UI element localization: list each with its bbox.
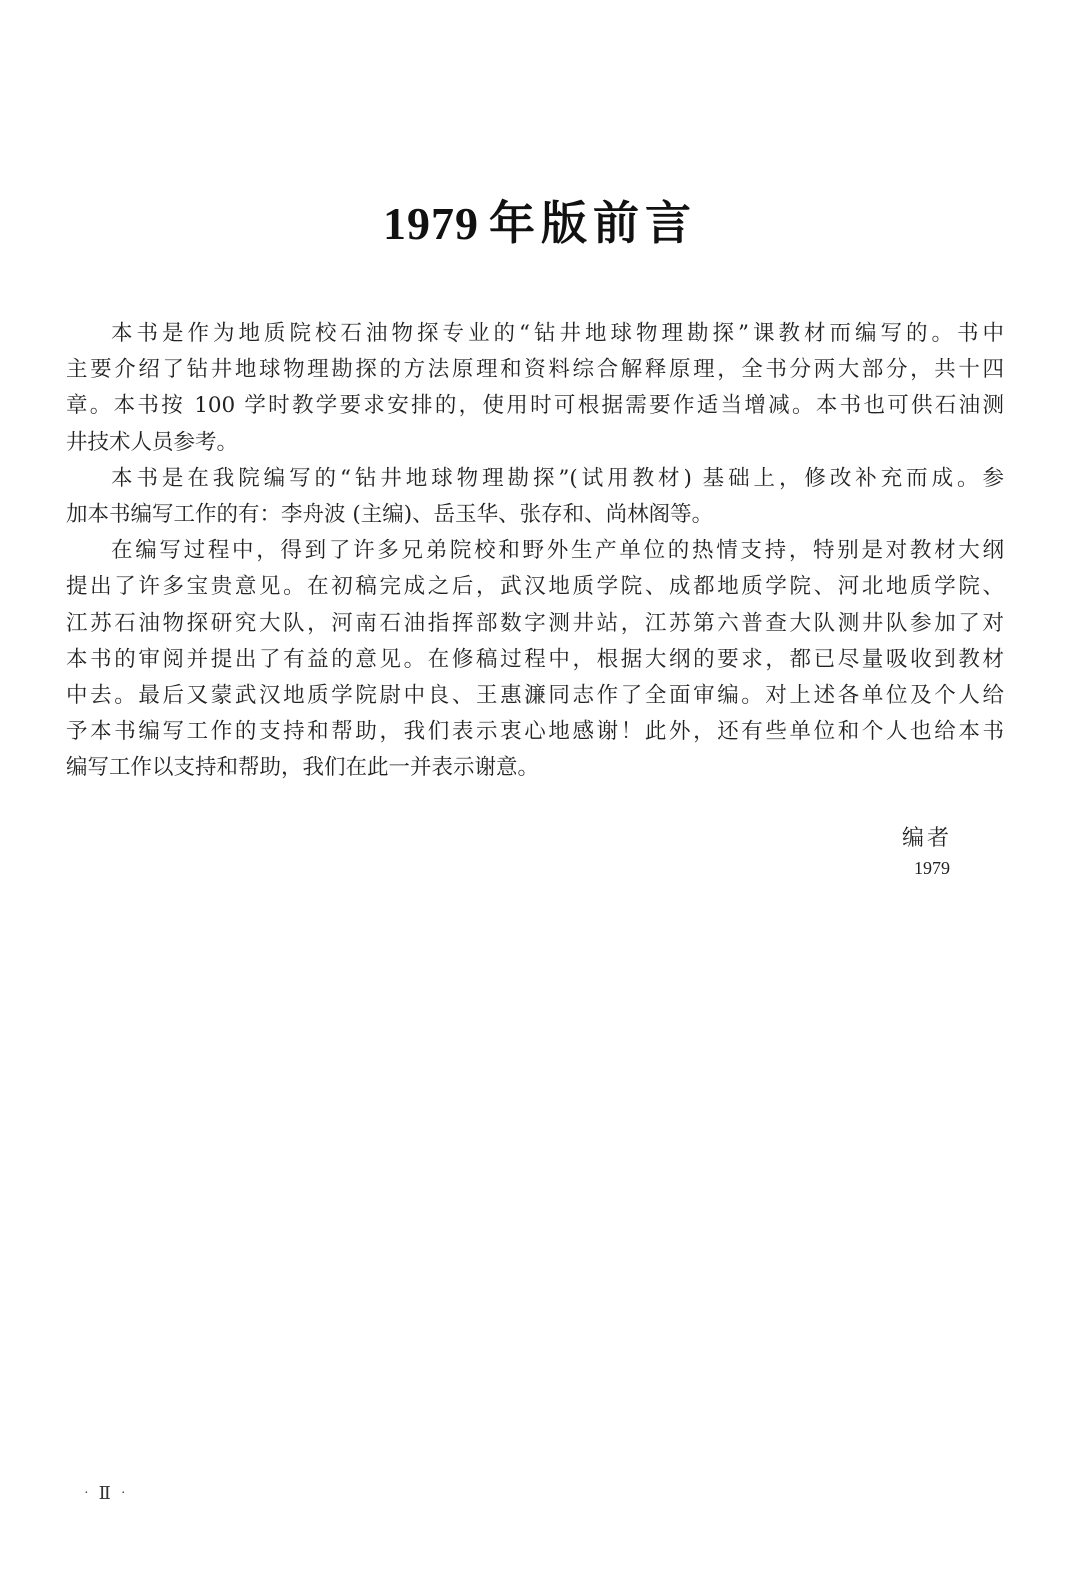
text-line: 编写工作以支持和帮助，我们在此一并表示谢意。 <box>66 750 1004 786</box>
page-number-left-dot: · <box>84 1486 91 1501</box>
text-line: 中去。最后又蒙武汉地质学院尉中良、王惠濂同志作了全面审编。对上述各单位及个人给 <box>66 678 1004 714</box>
text-line: 本书是作为地质院校石油物探专业的“钻井地球物理勘探”课教材而编写的。书中 <box>66 316 1004 352</box>
page-number: ·Ⅱ· <box>84 1483 128 1504</box>
signature-year: 1979 <box>902 854 950 882</box>
text-line: 在编写过程中，得到了许多兄弟院校和野外生产单位的热情支持，特别是对教材大纲 <box>66 533 1004 569</box>
paragraph-1: 本书是作为地质院校石油物探专业的“钻井地球物理勘探”课教材而编写的。书中 主要介… <box>66 316 1004 461</box>
page-number-numeral: Ⅱ <box>99 1483 113 1503</box>
page-title-year: 1979 <box>383 198 479 249</box>
page-title: 1979年版前言 <box>0 194 1080 254</box>
text-line: 予本书编写工作的支持和帮助，我们表示衷心地感谢！此外，还有些单位和个人也给本书 <box>66 714 1004 750</box>
signature-author: 编者 <box>902 824 952 854</box>
text-line: 江苏石油物探研究大队，河南石油指挥部数字测井站，江苏第六普查大队测井队参加了对 <box>66 606 1004 642</box>
text-line: 本书的审阅并提出了有益的意见。在修稿过程中，根据大纲的要求，都已尽量吸收到教材 <box>66 642 1004 678</box>
paragraph-2: 本书是在我院编写的“钻井地球物理勘探”(试用教材) 基础上，修改补充而成。参 加… <box>66 461 1004 533</box>
text-line: 加本书编写工作的有：李舟波 (主编)、岳玉华、张存和、尚林阁等。 <box>66 497 1004 533</box>
page-title-text: 年版前言 <box>489 198 697 249</box>
signature-block: 编者 1979 <box>902 824 952 882</box>
page-number-right-dot: · <box>121 1486 128 1501</box>
text-line: 井技术人员参考。 <box>66 425 1004 461</box>
text-line: 章。本书按 100 学时教学要求安排的，使用时可根据需要作适当增减。本书也可供石… <box>66 388 1004 424</box>
text-line: 主要介绍了钻井地球物理勘探的方法原理和资料综合解释原理，全书分两大部分，共十四 <box>66 352 1004 388</box>
paragraph-3: 在编写过程中，得到了许多兄弟院校和野外生产单位的热情支持，特别是对教材大纲 提出… <box>66 533 1004 786</box>
preface-body: 本书是作为地质院校石油物探专业的“钻井地球物理勘探”课教材而编写的。书中 主要介… <box>66 316 1004 786</box>
text-line: 本书是在我院编写的“钻井地球物理勘探”(试用教材) 基础上，修改补充而成。参 <box>66 461 1004 497</box>
text-line: 提出了许多宝贵意见。在初稿完成之后，武汉地质学院、成都地质学院、河北地质学院、 <box>66 569 1004 605</box>
